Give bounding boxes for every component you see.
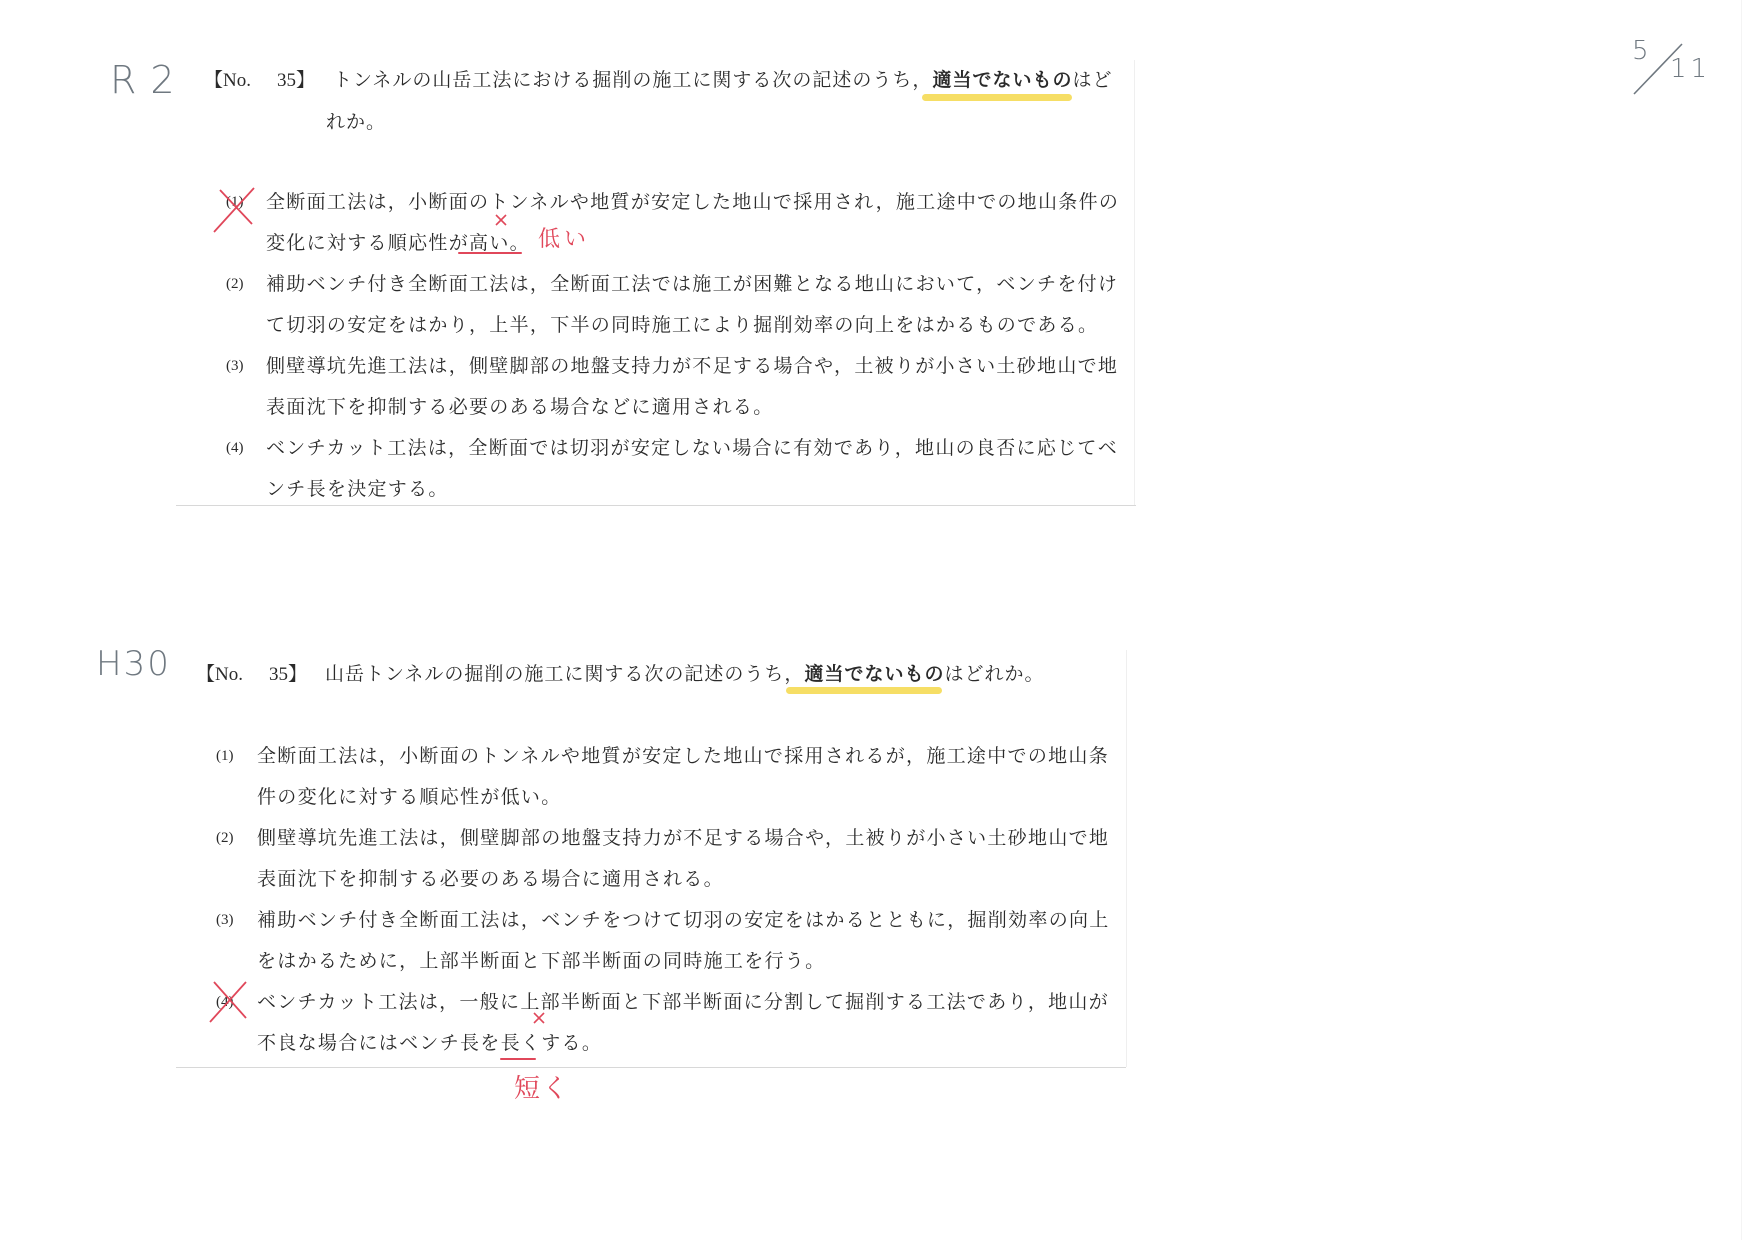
option-line: 側壁導坑先進工法は，側壁脚部の地盤支持力が不足する場合や，土被りが小さい土砂地山… [257,818,1109,859]
option-line-text: 不良な場合にはベンチ長を [257,1032,501,1054]
option-line: をはかるために，上部半断面と下部半断面の同時施工を行う。 [257,941,825,982]
question-number-value: 35】 [269,664,307,685]
option-line: 件の変化に対する順応性が低い。 [257,777,562,818]
correction-note: 短く [514,1068,570,1105]
question-h30: H30 【No.35】山岳トンネルの掘削の施工に関する次の記述のうち，適当でない… [0,0,1753,1240]
question-number-prefix: 【No. [196,664,243,685]
cross-mark-icon [206,978,254,1026]
option-label: (3) [216,900,234,941]
option-line: 不良な場合にはベンチ長を長くする。 [257,1023,602,1064]
scan-edge [1741,0,1742,1240]
option-label: (1) [216,736,234,777]
option-line-text: する。 [541,1032,602,1054]
question-number: 【No.35】 [196,664,307,685]
option-line: ベンチカット工法は，一般に上部半断面と下部半断面に分割して掘削する工法であり，地… [257,982,1109,1023]
red-underline [500,1058,536,1060]
option-line: 全断面工法は，小断面のトンネルや地質が安定した地山で採用されるが，施工途中での地… [257,736,1109,777]
year-label: H30 [96,644,171,684]
clipping-border [176,1067,1126,1068]
small-x-mark-icon [532,1011,546,1025]
option-label: (2) [216,818,234,859]
question-prompt: 山岳トンネルの掘削の施工に関する次の記述のうち， [325,663,804,685]
option-line: 表面沈下を抑制する必要のある場合に適用される。 [257,859,724,900]
question-prompt-end: はどれか。 [944,663,1044,685]
highlighter-mark [786,687,942,694]
clipping-border [1126,650,1127,1067]
prompt-emphasis: 適当でないもの [804,663,944,685]
option-line: 補助ベンチ付き全断面工法は，ベンチをつけて切羽の安定をはかるとともに，掘削効率の… [257,900,1110,941]
marked-text: 長く [501,1032,542,1054]
